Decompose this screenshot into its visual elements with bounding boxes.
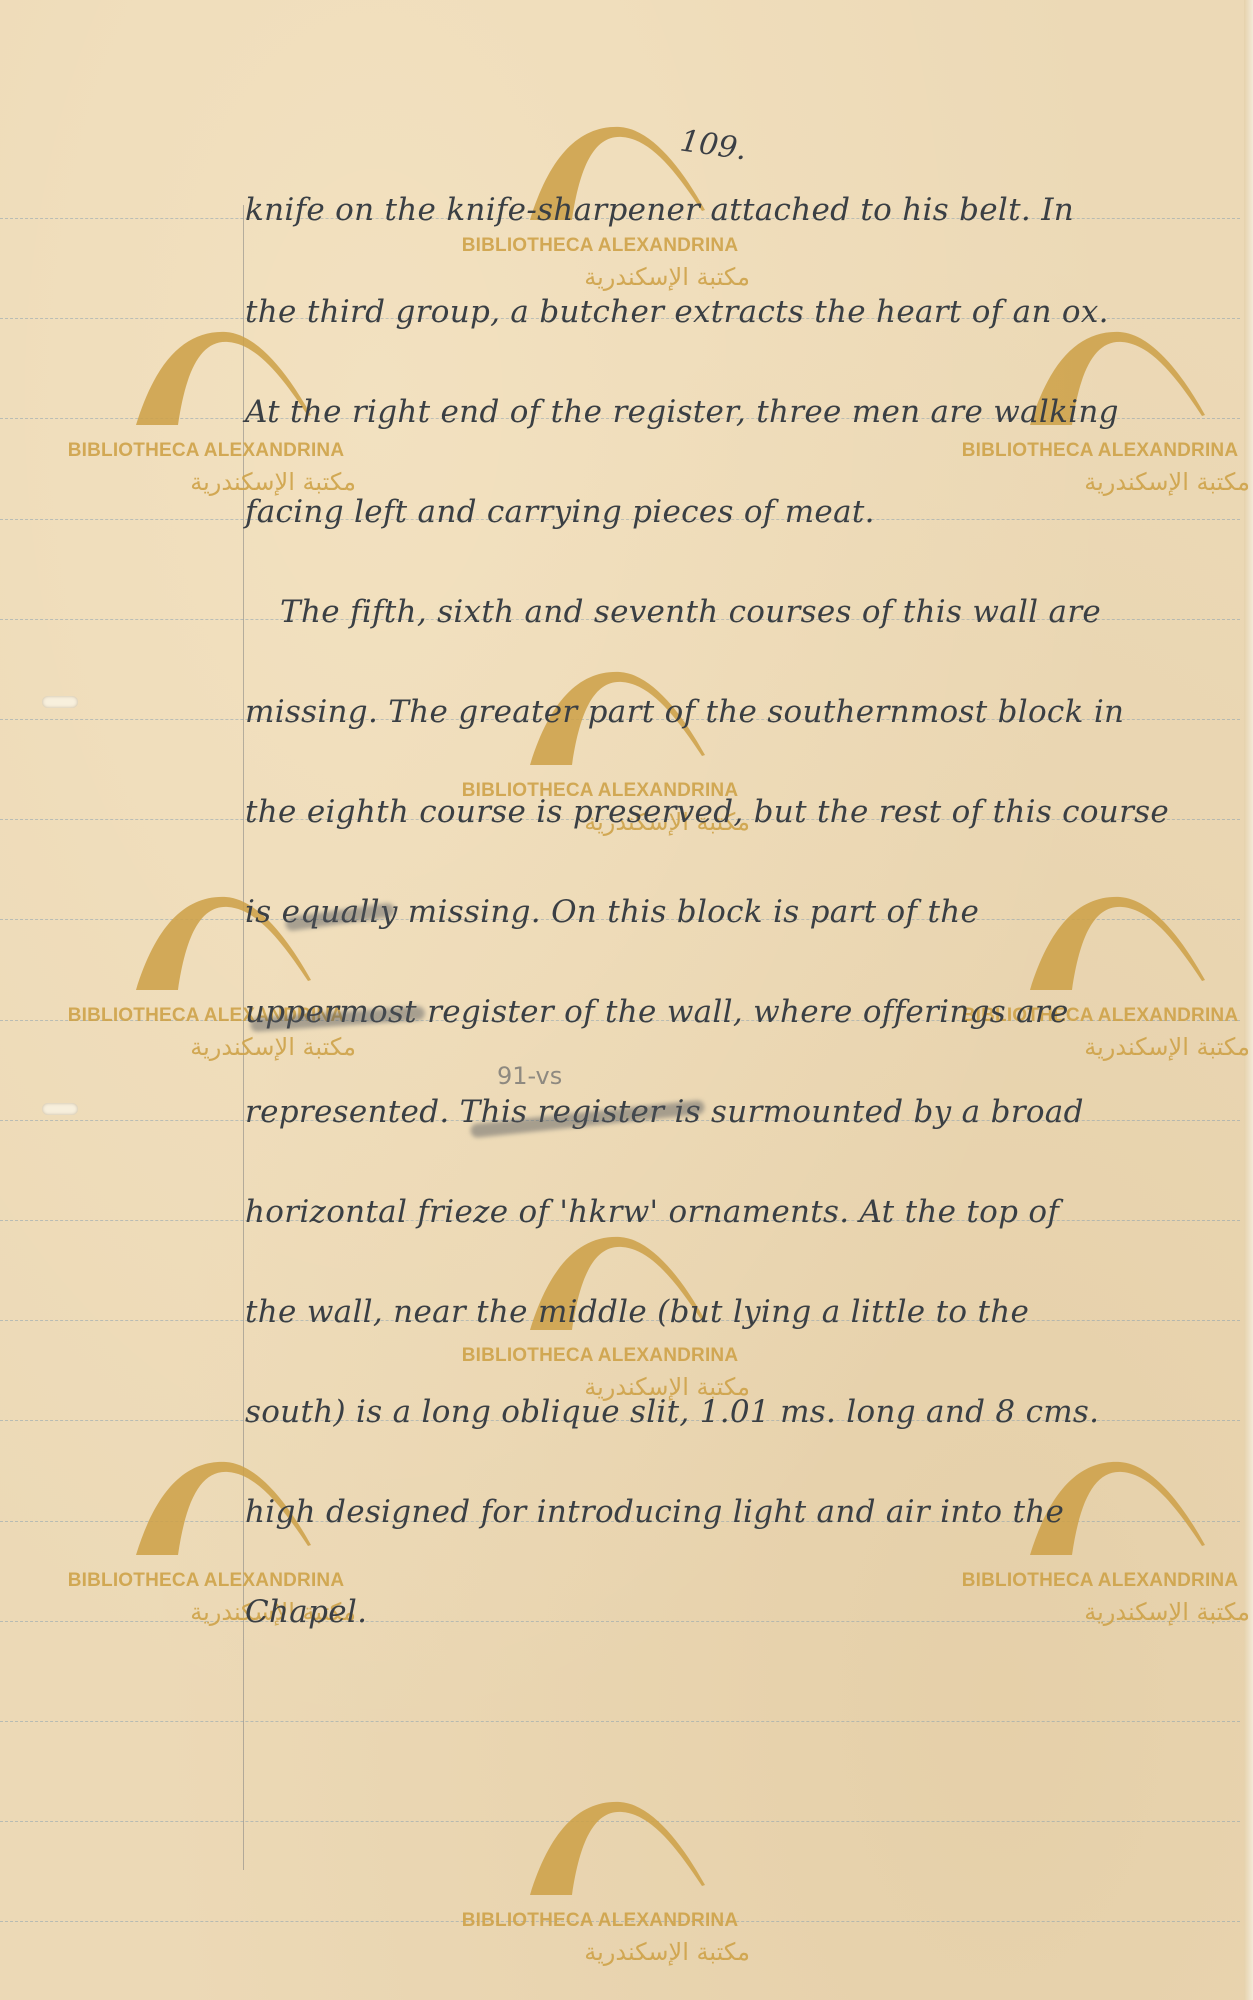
ruled-line — [0, 1821, 1240, 1822]
watermark-latin: BIBLIOTHECA ALEXANDRINA — [950, 440, 1250, 462]
punch-hole — [42, 1103, 78, 1115]
text-line: The fifth, sixth and seventh courses of … — [280, 592, 1250, 632]
watermark-arabic: مكتبة الإسكندرية — [1050, 1033, 1250, 1061]
ruled-line — [0, 1921, 1240, 1922]
watermark-latin: BIBLIOTHECA ALEXANDRINA — [950, 1570, 1250, 1592]
text-line: high designed for introducing light and … — [245, 1492, 1215, 1532]
margin-line — [243, 205, 244, 1870]
pencil-annotation: 91-vs — [497, 1062, 562, 1090]
text-line: At the right end of the register, three … — [245, 392, 1215, 432]
text-line: south) is a long oblique slit, 1.01 ms. … — [245, 1392, 1215, 1432]
page-edge — [1244, 0, 1253, 2000]
watermark-arabic: مكتبة الإسكندرية — [550, 263, 750, 291]
text-line: the eighth course is preserved, but the … — [245, 792, 1215, 832]
watermark-logo: BIBLIOTHECA ALEXANDRINA مكتبة الإسكندرية — [450, 1790, 750, 1990]
text-line: knife on the knife-sharpener attached to… — [245, 190, 1215, 230]
watermark-latin: BIBLIOTHECA ALEXANDRINA — [450, 235, 750, 257]
text-line: the wall, near the middle (but lying a l… — [245, 1292, 1215, 1332]
watermark-arabic: مكتبة الإسكندرية — [550, 1938, 750, 1966]
text-line: represented. This register is surmounted… — [245, 1092, 1215, 1132]
watermark-latin: BIBLIOTHECA ALEXANDRINA — [450, 1345, 750, 1367]
arc-icon — [510, 1790, 710, 1900]
text-line: horizontal frieze of 'hkrw' ornaments. A… — [245, 1192, 1215, 1232]
manuscript-page: BIBLIOTHECA ALEXANDRINA مكتبة الإسكندرية… — [0, 0, 1253, 2000]
page-number: 109. — [678, 124, 749, 168]
watermark-latin: BIBLIOTHECA ALEXANDRINA — [56, 1570, 356, 1592]
text-line: facing left and carrying pieces of meat. — [245, 492, 1215, 532]
text-line: the third group, a butcher extracts the … — [245, 292, 1215, 332]
text-line: Chapel. — [245, 1592, 1215, 1632]
watermark-latin: BIBLIOTHECA ALEXANDRINA — [56, 440, 356, 462]
text-line: missing. The greater part of the souther… — [245, 692, 1215, 732]
watermark-arabic: مكتبة الإسكندرية — [156, 1033, 356, 1061]
ruled-line — [0, 1721, 1240, 1722]
punch-hole — [42, 696, 78, 708]
